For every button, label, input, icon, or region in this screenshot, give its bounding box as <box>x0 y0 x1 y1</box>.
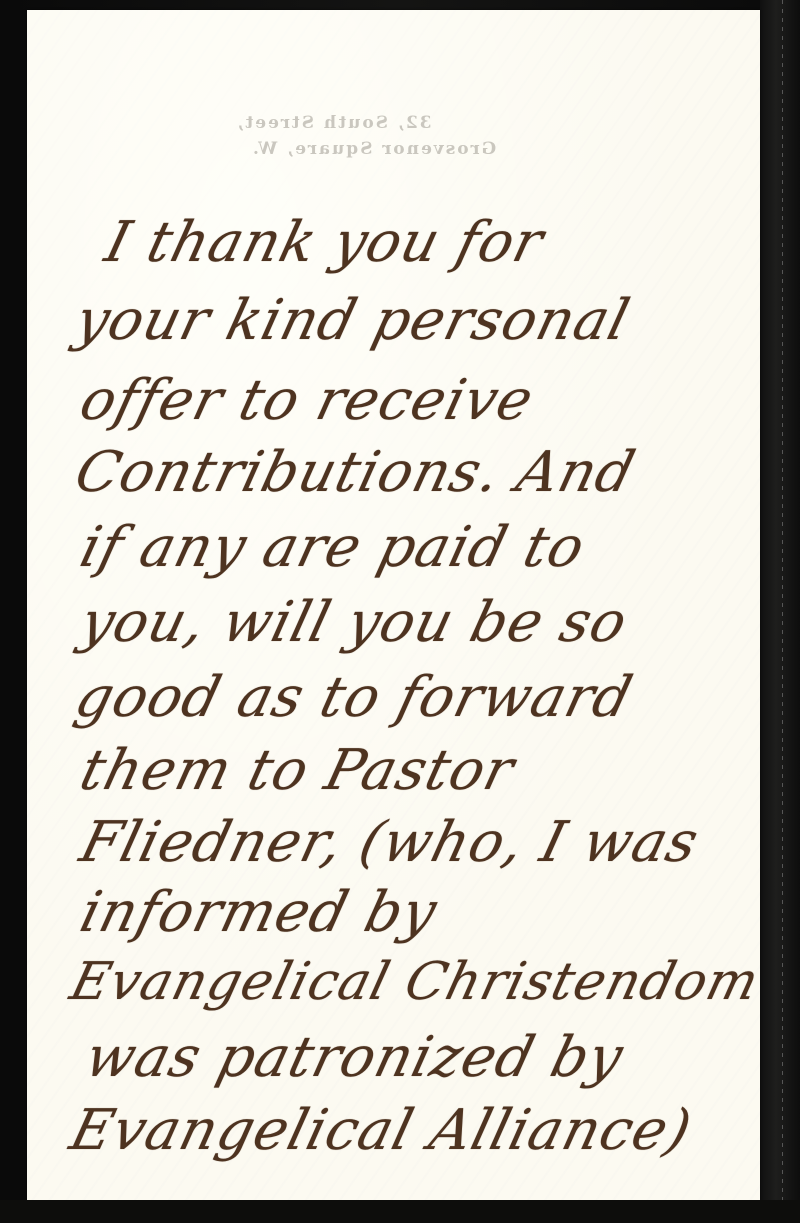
handwritten-line-9: Fliedner, (who, I was <box>74 810 705 875</box>
letterhead-square: Grosvenor Square, W. <box>27 136 760 162</box>
handwritten-line-3: offer to receive <box>74 368 540 433</box>
handwritten-line-13: Evangelical Alliance) <box>64 1098 698 1163</box>
handwritten-line-5: if any are paid to <box>74 515 592 580</box>
scan-right-edge <box>760 0 800 1223</box>
handwritten-line-11: Evangelical Christendom <box>65 952 766 1012</box>
handwritten-line-12: was patronized by <box>79 1025 630 1090</box>
handwritten-line-2: your kind personal <box>69 288 636 353</box>
scan-bottom-edge <box>0 1200 800 1223</box>
letterhead-street: 32, South Street, <box>27 110 760 136</box>
handwritten-line-8: them to Pastor <box>74 738 521 803</box>
handwritten-line-4: Contributions. And <box>69 440 642 505</box>
handwritten-line-10: informed by <box>74 880 444 945</box>
embossed-letterhead: 32, South Street, Grosvenor Square, W. <box>27 110 760 162</box>
letter-page: 32, South Street, Grosvenor Square, W. I… <box>27 10 760 1200</box>
handwritten-line-7: good as to forward <box>69 665 639 730</box>
handwritten-line-1: I thank you for <box>99 210 550 275</box>
handwritten-line-6: you, will you be so <box>74 590 634 655</box>
